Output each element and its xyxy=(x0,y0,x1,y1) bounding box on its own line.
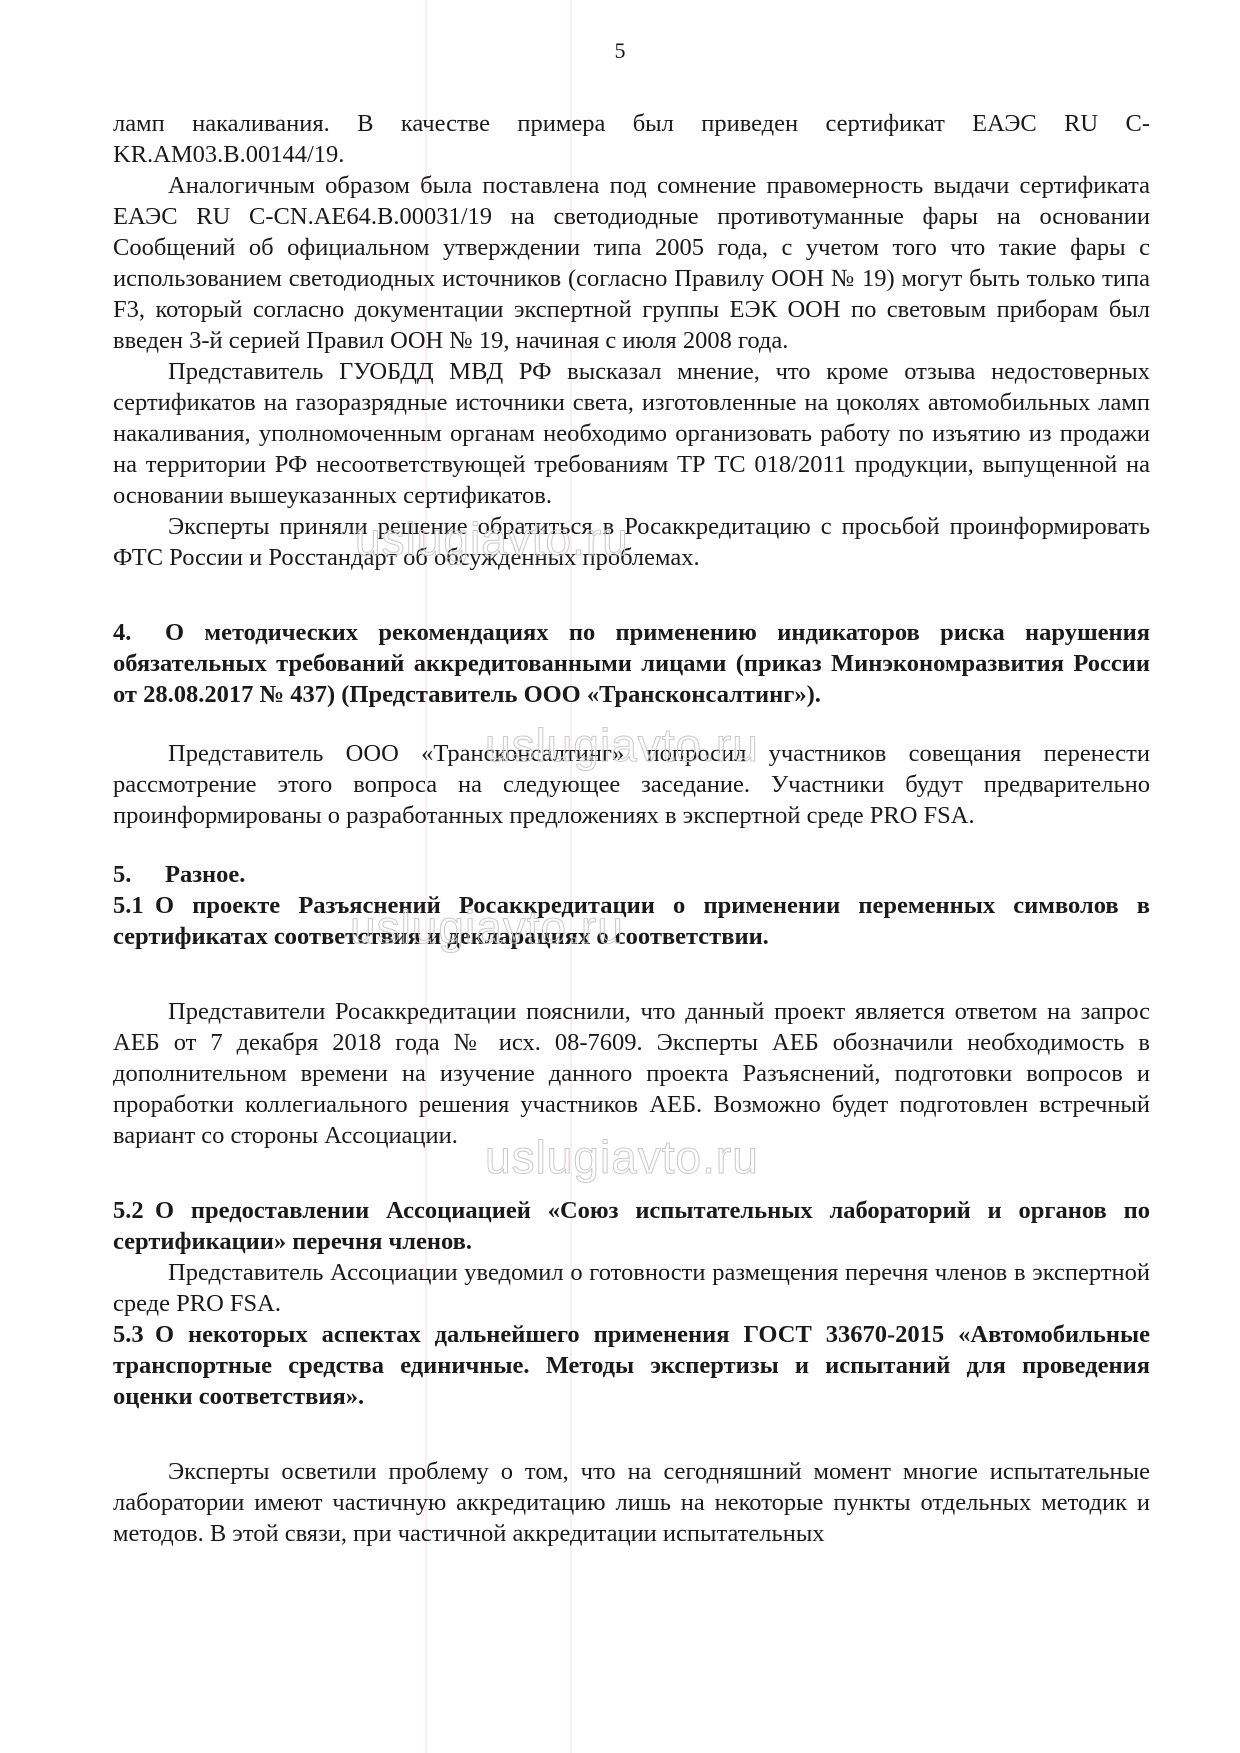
paragraph: Представители Росаккредитации пояснили, … xyxy=(113,996,1150,1151)
section-number: 4. xyxy=(113,617,165,648)
section-number: 5.1 xyxy=(113,890,155,921)
section-number: 5.3 xyxy=(113,1319,155,1350)
section-number: 5.2 xyxy=(113,1195,155,1226)
section-5-heading: 5.Разное. xyxy=(113,859,1150,890)
section-5-2-heading: 5.2О предоставлении Ассоциацией «Союз ис… xyxy=(113,1195,1150,1257)
section-title: О проекте Разъяснений Росаккредитации о … xyxy=(113,892,1150,950)
section-5-3-heading: 5.3О некоторых аспектах дальнейшего прим… xyxy=(113,1319,1150,1412)
section-title: О некоторых аспектах дальнейшего примене… xyxy=(113,1321,1150,1410)
paragraph: Эксперты приняли решение обратиться в Ро… xyxy=(113,511,1150,573)
paragraph: Представитель Ассоциации уведомил о гото… xyxy=(113,1257,1150,1319)
section-title: О методических рекомендациях по применен… xyxy=(113,619,1150,708)
section-title: Разное. xyxy=(165,861,245,888)
paragraph: ламп накаливания. В качестве примера был… xyxy=(113,108,1150,170)
paragraph: Эксперты осветили проблему о том, что на… xyxy=(113,1456,1150,1549)
section-4-heading: 4.О методических рекомендациях по примен… xyxy=(113,617,1150,710)
section-title: О предоставлении Ассоциацией «Союз испыт… xyxy=(113,1197,1150,1255)
section-number: 5. xyxy=(113,859,165,890)
document-body: ламп накаливания. В качестве примера был… xyxy=(113,108,1150,1549)
page-number: 5 xyxy=(0,38,1240,64)
section-5-1-heading: 5.1О проекте Разъяснений Росаккредитации… xyxy=(113,890,1150,952)
paragraph: Представитель ООО «Трансконсалтинг» попр… xyxy=(113,738,1150,831)
paragraph: Аналогичным образом была поставлена под … xyxy=(113,170,1150,356)
paragraph: Представитель ГУОБДД МВД РФ высказал мне… xyxy=(113,356,1150,511)
